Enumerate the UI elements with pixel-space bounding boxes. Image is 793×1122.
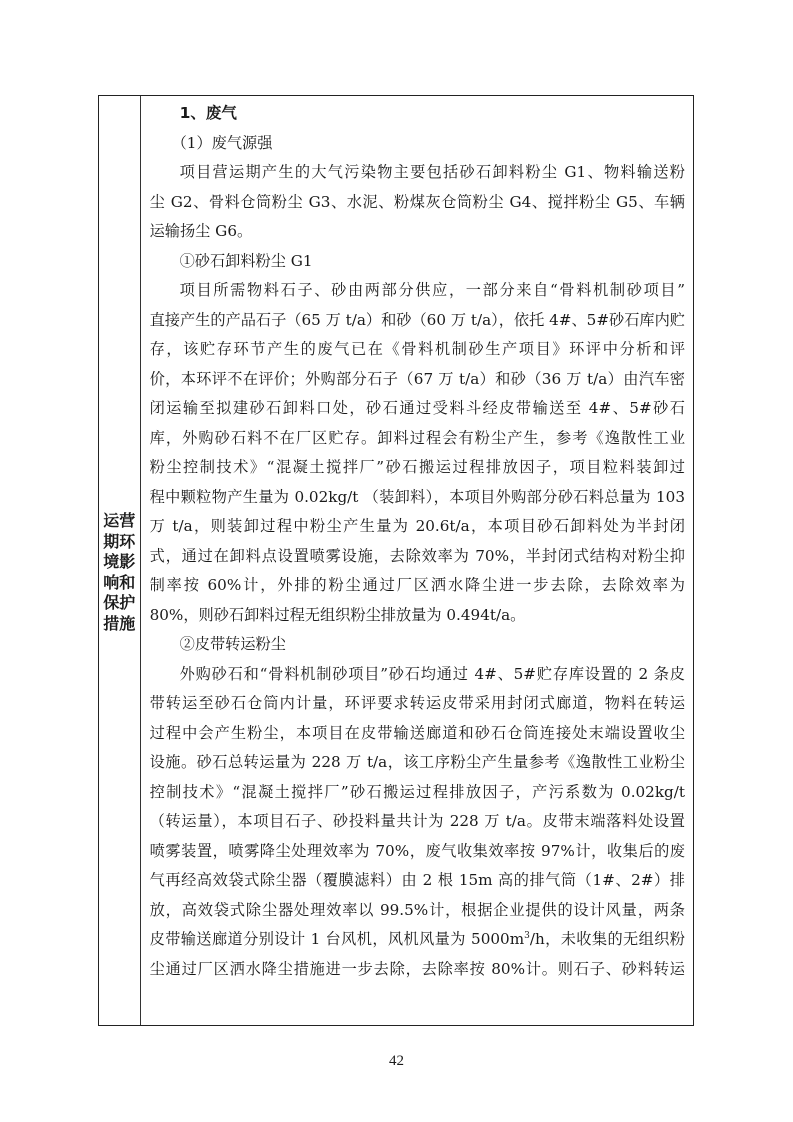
paragraph-line: 80%，则砂石卸料过程无组织粉尘排放量为 0.494t/a。 (150, 601, 685, 631)
paragraph-line: 项目所需物料石子、砂由两部分供应，一部分来自“骨料机制砂项目” (150, 276, 685, 306)
paragraph-line: 运输扬尘 G6。 (150, 217, 685, 247)
paragraph-line-airflow: 皮带输送廊道分别设计 1 台风机，风机风量为 5000m3/h，未收集的无组织粉 (150, 925, 685, 955)
paragraph-line: 外购砂石和“骨料机制砂项目”砂石均通过 4#、5#贮存库设置的 2 条皮 (150, 660, 685, 690)
paragraph-line: 存，该贮存环节产生的废气已在《骨料机制砂生产项目》环评中分析和评 (150, 335, 685, 365)
content-cell: 1、废气 （1）废气源强 项目营运期产生的大气污染物主要包括砂石卸料粉尘 G1、… (141, 96, 693, 1025)
paragraph-line: 尘通过厂区洒水降尘措施进一步去除，去除率按 80%计。则石子、砂料转运 (150, 955, 685, 985)
paragraph-line: 价，本环评不在评价；外购部分石子（67 万 t/a）和砂（36 万 t/a）由汽… (150, 365, 685, 395)
section-heading: 1、废气 (150, 99, 685, 129)
content-table: 运营期环境影响和保护措施 1、废气 （1）废气源强 项目营运期产生的大气污染物主… (98, 95, 694, 1026)
paragraph-line: 设施。砂石总转运量为 228 万 t/a，该工序粉尘产生量参考《逸散性工业粉尘 (150, 748, 685, 778)
paragraph-line: 闭运输至拟建砂石卸料口处，砂石通过受料斗经皮带输送至 4#、5#砂石 (150, 394, 685, 424)
paragraph-line: 式，通过在卸料点设置喷雾设施，去除效率为 70%，半封闭式结构对粉尘抑 (150, 542, 685, 572)
paragraph-line: 尘 G2、骨料仓筒粉尘 G3、水泥、粉煤灰仓筒粉尘 G4、搅拌粉尘 G5、车辆 (150, 188, 685, 218)
paragraph-line: 直接产生的产品石子（65 万 t/a）和砂（60 万 t/a），依托 4#、5#… (150, 306, 685, 336)
row-label: 运营期环境影响和保护措施 (101, 511, 137, 634)
subsection-title: ②皮带转运粉尘 (150, 630, 685, 660)
paragraph-line: 程中颗粒物产生量为 0.02kg/t （装卸料），本项目外购部分砂石料总量为 1… (150, 483, 685, 513)
paragraph-line: （转运量），本项目石子、砂投料量共计为 228 万 t/a。皮带末端落料处设置 (150, 807, 685, 837)
paragraph-line: 过程中会产生粉尘，本项目在皮带输送廊道和砂石仓筒连接处末端设置收尘 (150, 719, 685, 749)
page-number: 42 (0, 1053, 793, 1070)
paragraph-line: 库，外购砂石料不在厂区贮存。卸料过程会有粉尘产生，参考《逸散性工业 (150, 424, 685, 454)
paragraph-line: 粉尘控制技术》“混凝土搅拌厂”砂石搬运过程排放因子，项目粒料装卸过 (150, 453, 685, 483)
subsection-title: ①砂石卸料粉尘 G1 (150, 247, 685, 277)
paragraph-line: 制率按 60%计，外排的粉尘通过厂区洒水降尘进一步去除，去除效率为 (150, 571, 685, 601)
paragraph-line: 带转运至砂石仓筒内计量，环评要求转运皮带采用封闭式廊道，物料在转运 (150, 689, 685, 719)
paragraph-line: 控制技术》“混凝土搅拌厂”砂石搬运过程排放因子，产污系数为 0.02kg/t (150, 778, 685, 808)
airflow-suffix: /h，未收集的无组织粉 (530, 930, 685, 948)
paragraph-line: 项目营运期产生的大气污染物主要包括砂石卸料粉尘 G1、物料输送粉 (150, 158, 685, 188)
row-label-cell: 运营期环境影响和保护措施 (99, 96, 141, 1025)
airflow-prefix: 皮带输送廊道分别设计 1 台风机，风机风量为 5000m (150, 930, 525, 948)
subheading: （1）废气源强 (150, 129, 685, 159)
paragraph-line: 气再经高效袋式除尘器（覆膜滤料）由 2 根 15m 高的排气筒（1#、2#）排 (150, 866, 685, 896)
paragraph-line: 喷雾装置，喷雾降尘处理效率为 70%，废气收集效率按 97%计，收集后的废 (150, 837, 685, 867)
paragraph-line: 万 t/a，则装卸过程中粉尘产生量为 20.6t/a，本项目砂石卸料处为半封闭 (150, 512, 685, 542)
paragraph-line: 放，高效袋式除尘器处理效率以 99.5%计，根据企业提供的设计风量，两条 (150, 896, 685, 926)
